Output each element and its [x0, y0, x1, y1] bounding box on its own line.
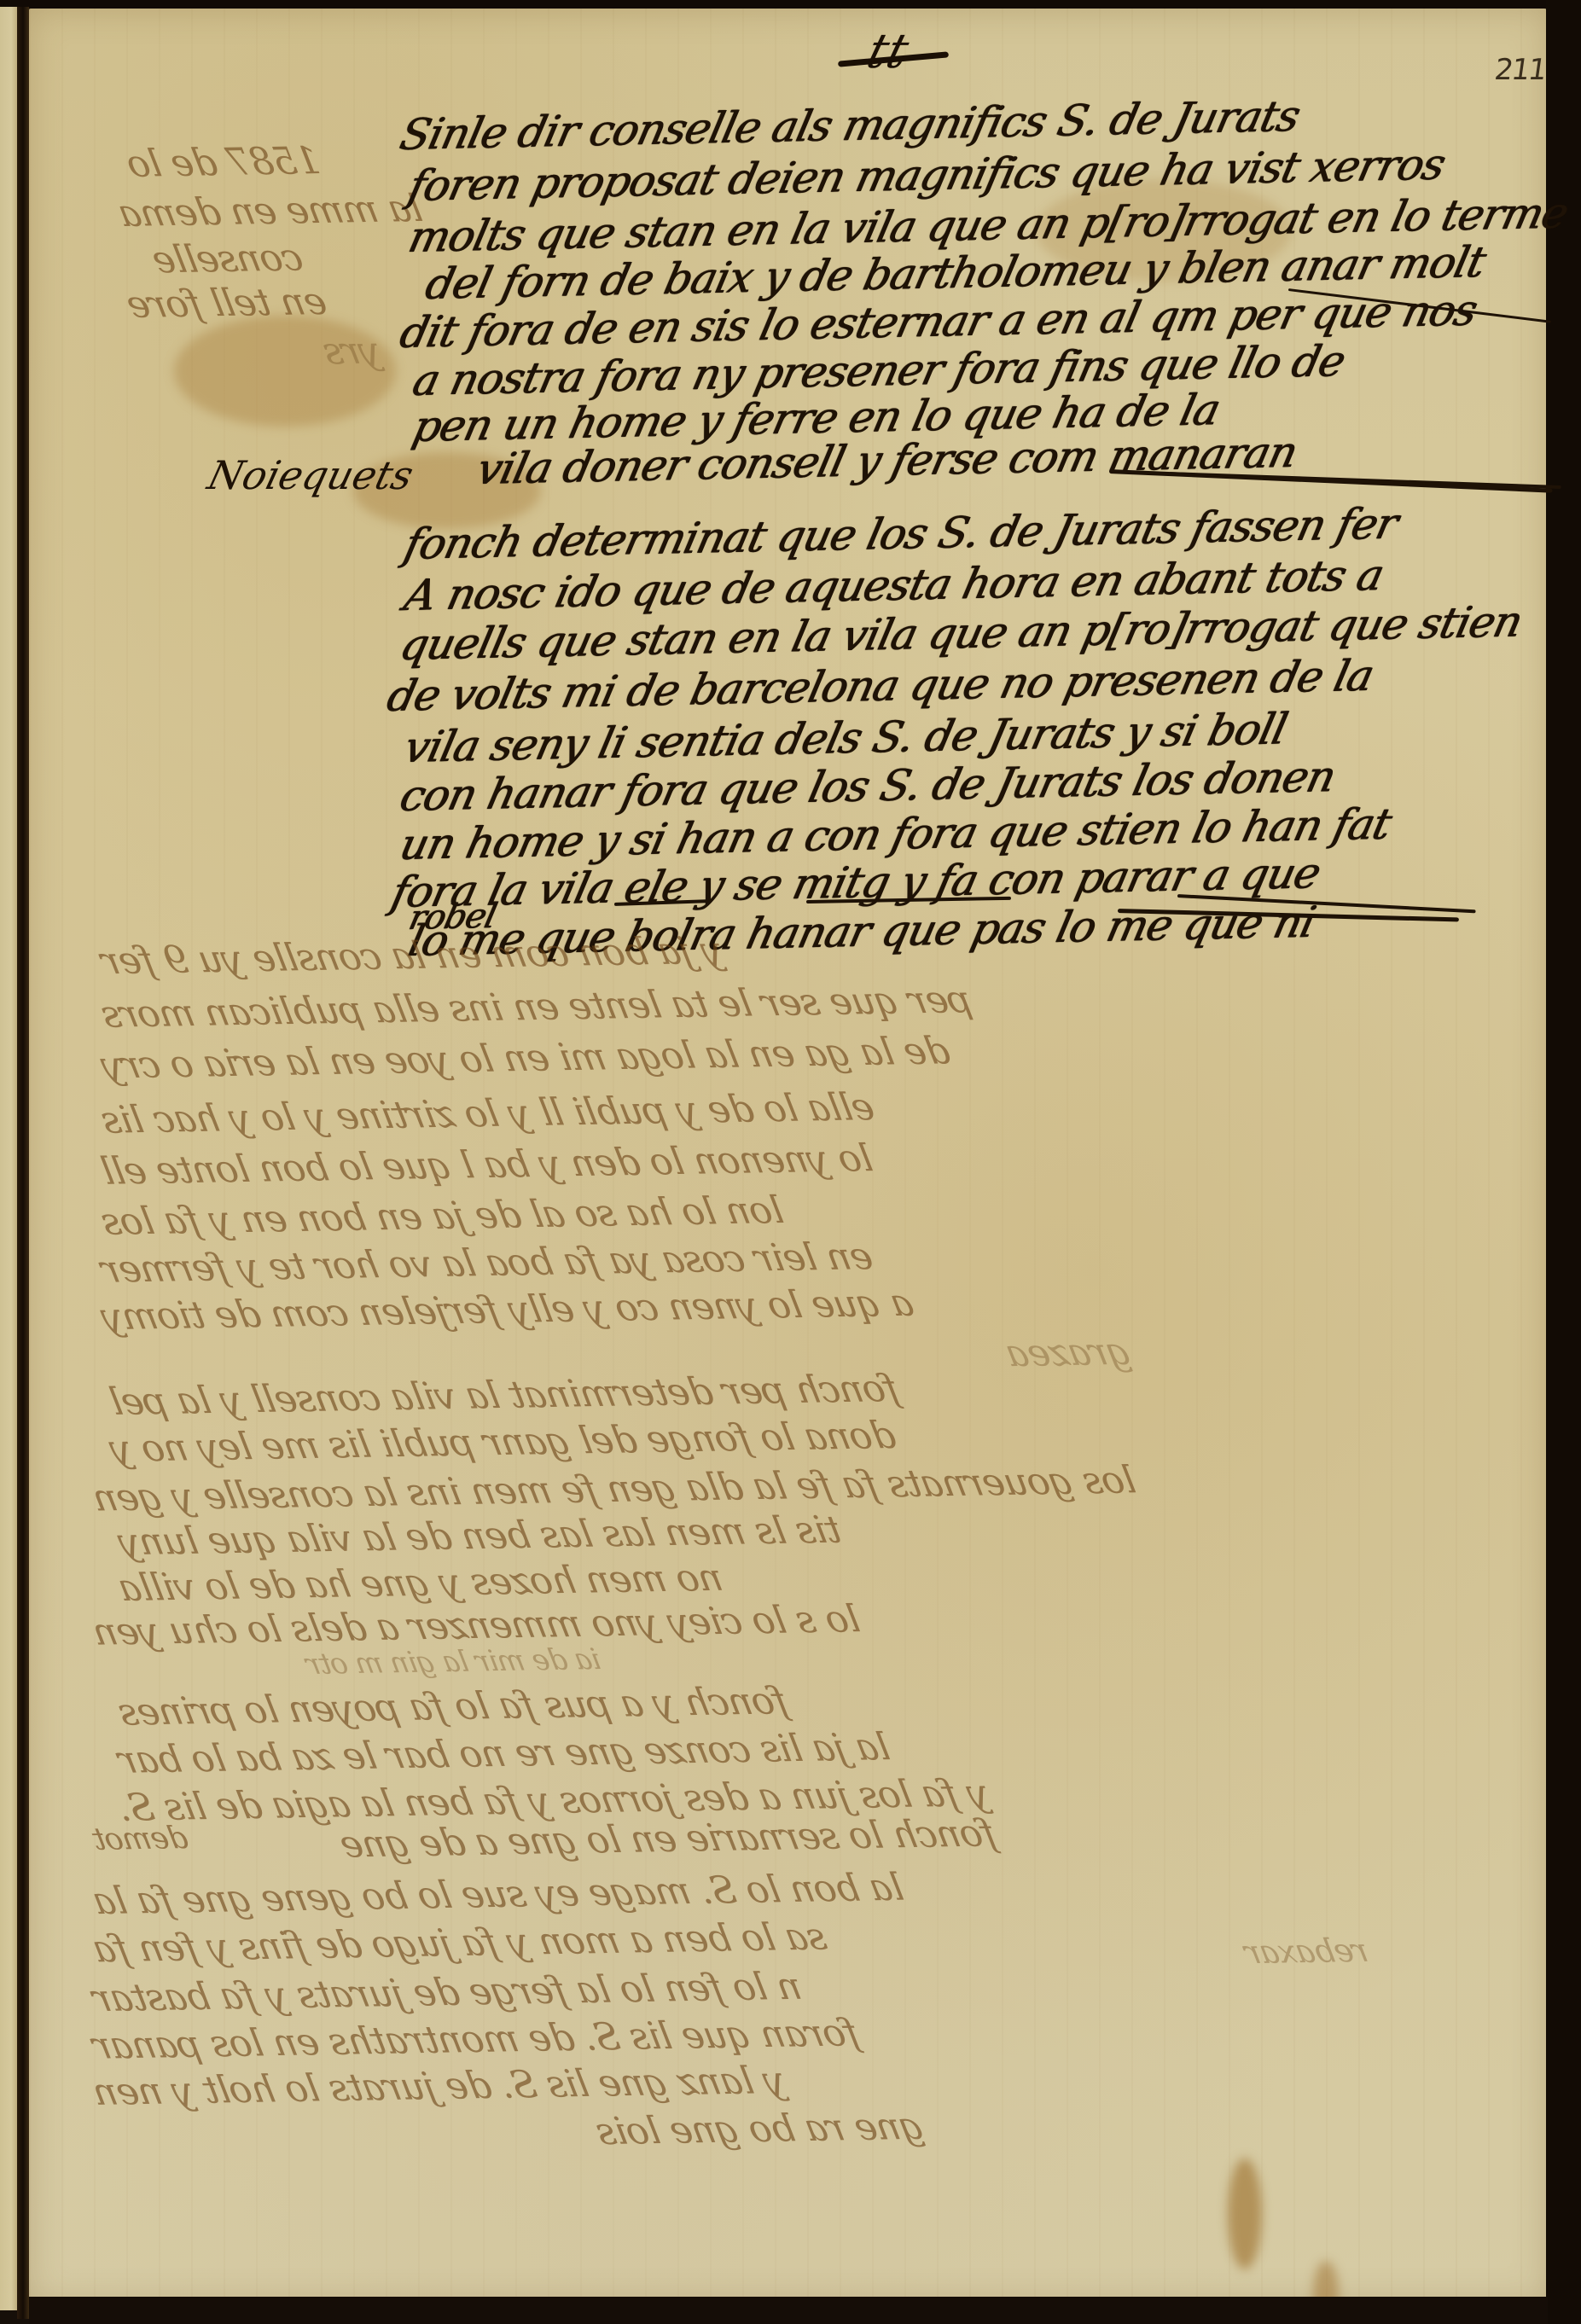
bleed-through-line: yrs	[320, 329, 384, 374]
folio-number: 211	[1492, 53, 1548, 87]
binding-gutter	[17, 7, 29, 2319]
bleed-through-line: 1587 de lo	[124, 139, 324, 186]
margin-note-left: Noiequets	[203, 452, 418, 498]
ink-stain	[1228, 2158, 1262, 2269]
previous-page-edge	[0, 7, 19, 2310]
bleed-through-line: conselle	[149, 236, 306, 282]
bleed-through-line: gne ra bo gne lois	[593, 2105, 927, 2154]
bleed-through-line: la mme en dema	[115, 187, 426, 235]
bleed-through-line: demot	[90, 1821, 191, 1857]
bleed-through-line: grazea	[1003, 1330, 1135, 1375]
bleed-through-line: en tell fore	[124, 280, 330, 327]
scan-right-edge	[1546, 0, 1581, 2324]
bleed-through-margin-note: rebaxar	[1242, 1932, 1371, 1971]
scan-bottom-edge	[29, 2297, 1548, 2324]
bleed-through-line: ia de mir la gin m otr	[304, 1642, 603, 1682]
